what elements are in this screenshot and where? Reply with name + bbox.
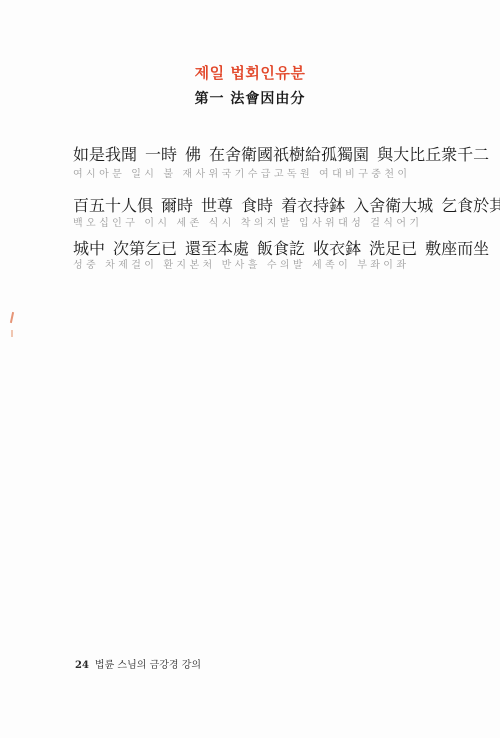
hanja-phrase: 還至本處 [185,239,249,258]
hangul-phrase: 입사위대성 [299,218,364,229]
chapter-title-hanja: 第一 法會因由分 [0,88,500,108]
hangul-reading-line-2: 백오십인구이시세존식시착의지발입사위대성걸식어기 [73,218,429,230]
hangul-phrase: 걸식어기 [370,218,422,229]
hangul-phrase: 재사위국기수급고독원 [182,169,313,180]
hanja-line-2: 百五十人俱爾時世尊食時着衣持鉢入舍衛大城乞食於其 [73,197,500,215]
hanja-phrase: 敷座而坐 [425,239,489,258]
margin-pen-mark [10,312,14,340]
hanja-phrase: 洗足已 [369,239,417,258]
hanja-phrase: 一時 [145,145,177,164]
hangul-phrase: 여시아문 [73,169,125,180]
hangul-reading-line-1: 여시아문일시불재사위국기수급고독원여대비구중천이 [73,169,416,181]
hangul-phrase: 수의발 [267,260,306,271]
hanja-phrase: 着衣持鉢 [281,196,345,215]
running-title: 법륜 스님의 금강경 강의 [95,660,201,671]
hanja-phrase: 收衣鉢 [313,239,361,258]
book-page: 제일 법회인유분 第一 法會因由分 如是我聞一時佛在舍衛國祇樹給孤獨園與大比丘衆… [0,0,500,738]
hanja-phrase: 爾時 [161,196,193,215]
hangul-phrase: 성중 [73,260,99,271]
hangul-phrase: 세존 [176,218,202,229]
chapter-title-korean: 제일 법회인유분 [0,62,500,83]
hanja-line-1: 如是我聞一時佛在舍衛國祇樹給孤獨園與大比丘衆千二 [73,146,489,164]
hangul-phrase: 착의지발 [241,218,293,229]
hangul-phrase: 반사흘 [222,260,261,271]
hangul-phrase: 부좌이좌 [357,260,409,271]
hanja-phrase: 食時 [241,196,273,215]
hangul-phrase: 환지본처 [163,260,215,271]
page-number: 24 [75,660,89,671]
hanja-phrase: 入舍衛大城 [353,196,433,215]
hanja-phrase: 在舍衛國祇樹給孤獨園 [209,145,369,164]
hangul-reading-line-3: 성중차제걸이환지본처반사흘수의발세족이부좌이좌 [73,260,415,272]
hanja-phrase: 與大比丘衆千二 [377,145,489,164]
hanja-phrase: 如是我聞 [73,145,137,164]
hanja-phrase: 百五十人俱 [73,196,153,215]
hanja-phrase: 城中 [73,239,105,258]
hangul-phrase: 불 [163,169,176,180]
hanja-phrase: 飯食訖 [257,239,305,258]
hangul-phrase: 일시 [131,169,157,180]
hangul-phrase: 이시 [144,218,170,229]
pen-stroke [10,312,14,323]
hanja-phrase: 世尊 [201,196,233,215]
hanja-phrase: 佛 [185,145,201,164]
hanja-phrase: 乞食於其 [441,196,500,215]
hanja-phrase: 次第乞已 [113,239,177,258]
hangul-phrase: 세족이 [312,260,351,271]
hangul-phrase: 백오십인구 [73,218,138,229]
page-footer: 24법륜 스님의 금강경 강의 [75,656,201,671]
hangul-phrase: 차제걸이 [105,260,157,271]
pen-stroke [11,330,13,337]
hangul-phrase: 식시 [209,218,235,229]
hangul-phrase: 여대비구중천이 [319,169,410,180]
hanja-line-3: 城中次第乞已還至本處飯食訖收衣鉢洗足已敷座而坐 [73,240,489,258]
